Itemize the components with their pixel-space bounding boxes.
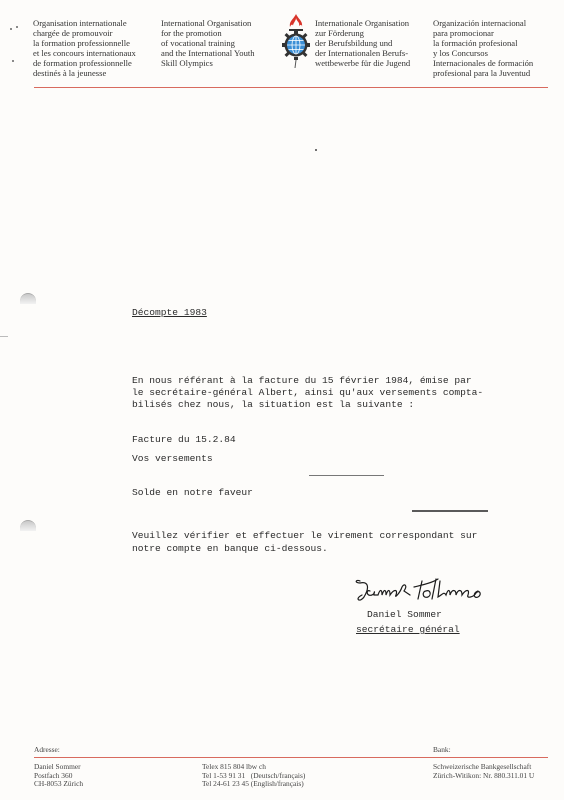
signer-name: Daniel Sommer [367, 609, 442, 620]
total-rule [412, 510, 488, 512]
letterhead-spanish: Organización internacional para promocio… [433, 19, 533, 78]
letterhead-french: Organisation internationale chargée de p… [33, 19, 136, 78]
scan-speck [16, 26, 18, 28]
bank-details: Schweizerische Bankgesellschaft Zürich-W… [433, 763, 534, 780]
bank-label: Bank: [433, 746, 451, 755]
letterhead-rule [34, 87, 548, 88]
closing-paragraph: Veuillez vérifier et effectuer le vireme… [132, 530, 477, 555]
subject-heading: Décompte 1983 [132, 307, 207, 318]
letterhead-english: International Organisation for the promo… [161, 19, 255, 69]
signature [352, 573, 522, 605]
signer-title: secrétaire général [356, 624, 460, 635]
subtotal-rule [309, 475, 384, 476]
scan-speck [315, 149, 317, 151]
row-balance-label: Solde en notre faveur [132, 487, 253, 498]
letterhead-german: Internationale Organisation zur Förderun… [315, 19, 410, 69]
punch-hole [20, 293, 36, 304]
footer-rule [34, 757, 548, 758]
fold-mark [0, 336, 8, 337]
intro-paragraph: En nous référant à la facture du 15 févr… [132, 375, 483, 410]
scan-speck [12, 60, 14, 62]
address-label: Adresse: [34, 746, 60, 755]
row-payments-label: Vos versements [132, 453, 213, 464]
address-text: Daniel Sommer Postfach 360 CH-8053 Züric… [34, 763, 83, 789]
torch-gear-globe-icon [281, 12, 311, 70]
phone-2-text: Tel 24-61 23 45 (English/français) [202, 780, 304, 789]
row-invoice-label: Facture du 15.2.84 [132, 434, 236, 445]
scan-speck [10, 28, 12, 30]
punch-hole [20, 520, 36, 531]
